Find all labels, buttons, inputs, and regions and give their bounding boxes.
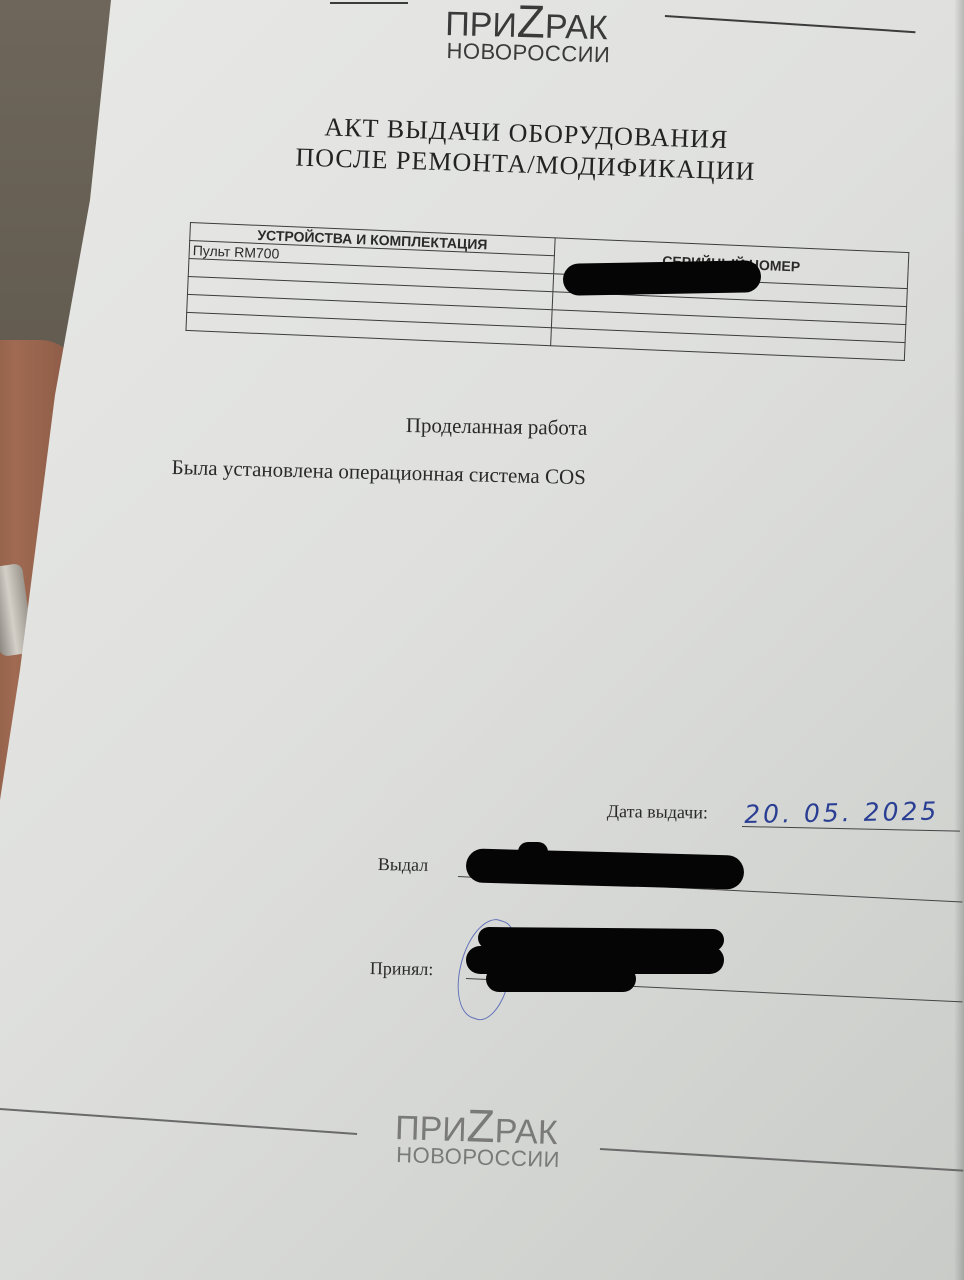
footer-rule-left	[0, 1108, 357, 1135]
issue-date-handwritten: 20. 05. 2025	[744, 797, 940, 829]
footer-rule-right	[600, 1148, 963, 1172]
received-by-label: Принял:	[370, 958, 434, 980]
header-rule-right	[665, 15, 916, 33]
issue-date-label: Дата выдачи:	[607, 801, 708, 823]
issued-by-redaction-blob	[518, 842, 548, 862]
equipment-table: УСТРОЙСТВА И КОМПЛЕКТАЦИЯ СЕРИЙНЫЙ НОМЕР…	[185, 222, 909, 361]
serial-number-redaction	[563, 260, 762, 295]
footer-logo: ПРИZРАК НОВОРОССИИ	[394, 1100, 562, 1171]
paper-sheet: ПРИZРАК НОВОРОССИИ АКТ ВЫДАЧИ ОБОРУДОВАН…	[0, 0, 964, 1280]
issued-by-redaction	[466, 848, 745, 889]
logo-subtitle: НОВОРОССИИ	[396, 1144, 560, 1171]
paper-edge-shadow	[954, 0, 964, 1280]
logo-subtitle: НОВОРОССИИ	[446, 40, 610, 66]
work-done-heading: Проделанная работа	[406, 413, 588, 441]
header-rule-left	[330, 2, 408, 4]
issued-by-label: Выдал	[378, 854, 429, 876]
received-by-redaction-bottom	[486, 966, 636, 992]
header-logo: ПРИZРАК НОВОРОССИИ	[444, 0, 611, 66]
document-title: АКТ ВЫДАЧИ ОБОРУДОВАНИЯ ПОСЛЕ РЕМОНТА/МО…	[280, 110, 772, 187]
work-done-text: Была установлена операционная система CO…	[171, 455, 586, 490]
